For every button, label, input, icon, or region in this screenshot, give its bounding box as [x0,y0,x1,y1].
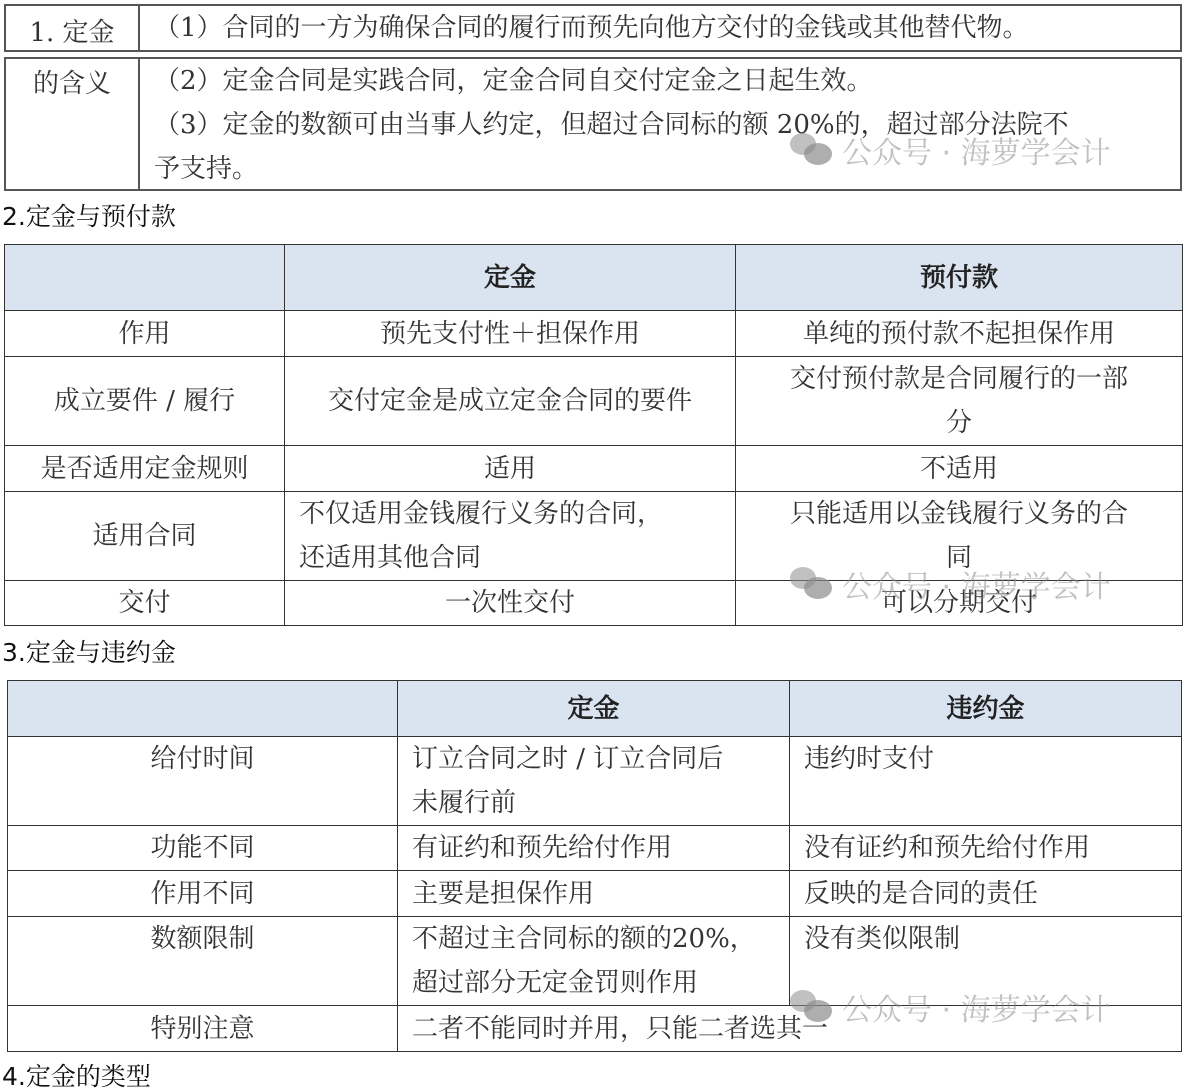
row-label: 作用 [5,311,285,357]
prepayment-cell: 交付预付款是合同履行的一部 分 [736,357,1183,446]
deposit-cell: 交付定金是成立定金合同的要件 [285,357,736,446]
cell-line: 不超过主合同标的额的20%， [412,917,789,961]
penalty-cell: 反映的是合同的责任 [790,871,1182,917]
table-row: 适用合同 不仅适用金钱履行义务的合同， 还适用其他合同 只能适用以金钱履行义务的… [5,492,1183,581]
cell-line: 不仅适用金钱履行义务的合同， [299,492,735,536]
definition-item-2: （2）定金合同是实践合同，定金合同自交付定金之日起生效。 [154,59,1180,103]
deposit-cell: 不仅适用金钱履行义务的合同， 还适用其他合同 [285,492,736,581]
deposit-cell: 不超过主合同标的额的20%， 超过部分无定金罚则作用 [398,917,790,1006]
deposit-vs-prepayment-table: 定金 预付款 作用 预先支付性＋担保作用 单纯的预付款不起担保作用 成立要件 /… [4,244,1183,626]
cell-line: 分 [736,401,1182,445]
penalty-cell: 没有证约和预先给付作用 [790,826,1182,871]
table-header-row: 定金 违约金 [8,681,1182,737]
section-3-title: 3.定金与违约金 [2,638,176,668]
definition-item-3: （3）定金的数额可由当事人约定，但超过合同标的额 20%的，超过部分法院不 [154,103,1180,147]
cell-line: 同 [736,536,1182,580]
definition-item-1: （1）合同的一方为确保合同的履行而预先向他方交付的金钱或其他替代物。 [140,6,1180,50]
table-row: 交付 一次性交付 可以分期交付 [5,581,1183,626]
header-empty [8,681,398,737]
deposit-cell: 适用 [285,446,736,492]
table-header-row: 定金 预付款 [5,245,1183,311]
table-row: 是否适用定金规则 适用 不适用 [5,446,1183,492]
row-label: 作用不同 [8,871,398,917]
definition-label-2: 的含义 [6,59,140,189]
deposit-cell: 主要是担保作用 [398,871,790,917]
row-label: 适用合同 [5,492,285,581]
definition-items: （2）定金合同是实践合同，定金合同自交付定金之日起生效。 （3）定金的数额可由当… [140,59,1180,189]
deposit-cell: 订立合同之时 / 订立合同后 未履行前 [398,737,790,826]
definition-item-3-cont: 予支持。 [154,147,1180,191]
row-label: 特别注意 [8,1006,398,1052]
prepayment-cell: 只能适用以金钱履行义务的合 同 [736,492,1183,581]
table-row: 作用不同 主要是担保作用 反映的是合同的责任 [8,871,1182,917]
deposit-cell: 有证约和预先给付作用 [398,826,790,871]
header-deposit: 定金 [398,681,790,737]
cell-line: 只能适用以金钱履行义务的合 [736,492,1182,536]
table-row: 作用 预先支付性＋担保作用 单纯的预付款不起担保作用 [5,311,1183,357]
row-label: 成立要件 / 履行 [5,357,285,446]
deposit-cell: 一次性交付 [285,581,736,626]
merged-note-cell: 二者不能同时并用，只能二者选其一 [398,1006,1182,1052]
definition-row-2: 的含义 （2）定金合同是实践合同，定金合同自交付定金之日起生效。 （3）定金的数… [4,57,1182,191]
definition-label-1: 1. 定金 [6,6,140,50]
header-empty [5,245,285,311]
section-4-title: 4.定金的类型 [2,1062,151,1092]
header-penalty: 违约金 [790,681,1182,737]
cell-line: 超过部分无定金罚则作用 [412,961,789,1005]
prepayment-cell: 单纯的预付款不起担保作用 [736,311,1183,357]
table-row: 给付时间 订立合同之时 / 订立合同后 未履行前 违约时支付 [8,737,1182,826]
row-label: 数额限制 [8,917,398,1006]
prepayment-cell: 可以分期交付 [736,581,1183,626]
definition-row-1: 1. 定金 （1）合同的一方为确保合同的履行而预先向他方交付的金钱或其他替代物。 [4,4,1182,52]
table-row: 数额限制 不超过主合同标的额的20%， 超过部分无定金罚则作用 没有类似限制 [8,917,1182,1006]
row-label: 是否适用定金规则 [5,446,285,492]
cell-line: 订立合同之时 / 订立合同后 [412,737,789,781]
table-row: 成立要件 / 履行 交付定金是成立定金合同的要件 交付预付款是合同履行的一部 分 [5,357,1183,446]
row-label: 给付时间 [8,737,398,826]
table-row: 功能不同 有证约和预先给付作用 没有证约和预先给付作用 [8,826,1182,871]
cell-line: 未履行前 [412,781,789,825]
header-deposit: 定金 [285,245,736,311]
penalty-cell: 没有类似限制 [790,917,1182,1006]
table-row: 特别注意 二者不能同时并用，只能二者选其一 [8,1006,1182,1052]
prepayment-cell: 不适用 [736,446,1183,492]
row-label: 功能不同 [8,826,398,871]
section-2-title: 2.定金与预付款 [2,202,176,232]
deposit-cell: 预先支付性＋担保作用 [285,311,736,357]
cell-line: 交付预付款是合同履行的一部 [736,357,1182,401]
row-label: 交付 [5,581,285,626]
cell-line: 还适用其他合同 [299,536,735,580]
header-prepayment: 预付款 [736,245,1183,311]
deposit-vs-penalty-table: 定金 违约金 给付时间 订立合同之时 / 订立合同后 未履行前 违约时支付 功能… [7,680,1182,1052]
penalty-cell: 违约时支付 [790,737,1182,826]
